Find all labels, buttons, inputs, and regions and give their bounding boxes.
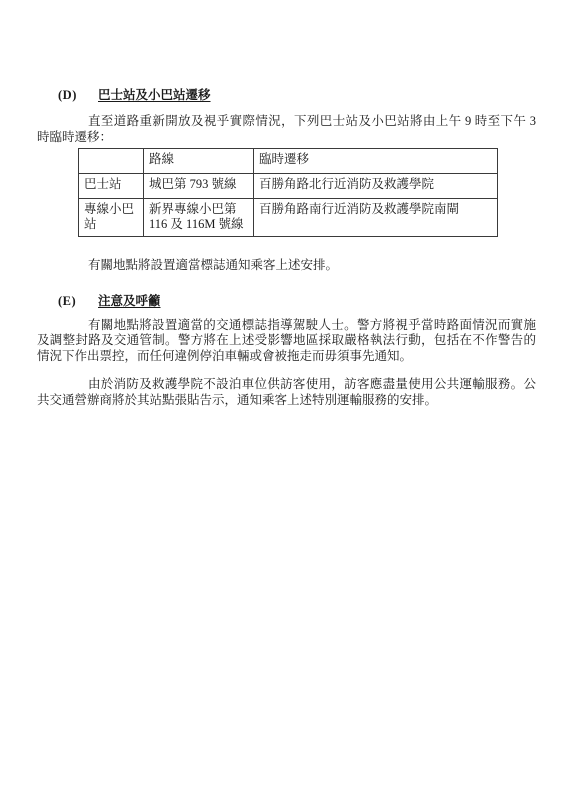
table-row-minibus-stand: 專線小巴站 新界專線小巴第 116 及 116M 號線 百勝角路南行近消防及救護… bbox=[79, 199, 498, 237]
section-e-heading: (E) 注意及呼籲 bbox=[58, 294, 536, 309]
table-row-bus-stop: 巴士站 城巴第 793 號線 百勝角路北行近消防及救護學院 bbox=[79, 174, 498, 199]
section-e-title: 注意及呼籲 bbox=[98, 294, 161, 309]
section-d: (D) 巴士站及小巴站遷移 直至道路重新開放及視乎實際情況，下列巴士站及小巴站將… bbox=[37, 88, 536, 274]
section-d-title: 巴士站及小巴站遷移 bbox=[98, 88, 211, 103]
section-d-note-paragraph: 有關地點將設置適當標誌通知乘客上述安排。 bbox=[37, 258, 536, 274]
section-d-heading: (D) 巴士站及小巴站遷移 bbox=[58, 88, 536, 103]
cell-category: 專線小巴站 bbox=[79, 199, 144, 237]
cell-relocation: 百勝角路南行近消防及救護學院南閘 bbox=[254, 199, 498, 237]
document-page: (D) 巴士站及小巴站遷移 直至道路重新開放及視乎實際情況，下列巴士站及小巴站將… bbox=[0, 0, 566, 800]
table-header-row: 路線 臨時遷移 bbox=[79, 149, 498, 174]
cell-route: 城巴第 793 號線 bbox=[144, 174, 254, 199]
section-e-paragraph-1: 有關地點將設置適當的交通標誌指導駕駛人士。警方將視乎當時路面情況而實施及調整封路… bbox=[37, 318, 536, 365]
section-e: (E) 注意及呼籲 有關地點將設置適當的交通標誌指導駕駛人士。警方將視乎當時路面… bbox=[37, 294, 536, 409]
cell-relocation: 百勝角路北行近消防及救護學院 bbox=[254, 174, 498, 199]
section-e-label: (E) bbox=[58, 294, 98, 309]
section-e-paragraph-2: 由於消防及救護學院不設泊車位供訪客使用，訪客應盡量使用公共運輸服務。公共交通營辦… bbox=[37, 377, 536, 408]
section-d-label: (D) bbox=[58, 88, 98, 103]
cell-category: 巴士站 bbox=[79, 174, 144, 199]
cell-route: 新界專線小巴第 116 及 116M 號線 bbox=[144, 199, 254, 237]
header-cell-empty bbox=[79, 149, 144, 174]
section-d-intro-paragraph: 直至道路重新開放及視乎實際情況，下列巴士站及小巴站將由上午 9 時至下午 3 時… bbox=[37, 114, 536, 145]
header-cell-route: 路線 bbox=[144, 149, 254, 174]
header-cell-relocation: 臨時遷移 bbox=[254, 149, 498, 174]
bus-minibus-relocation-table: 路線 臨時遷移 巴士站 城巴第 793 號線 百勝角路北行近消防及救護學院 專線… bbox=[78, 148, 498, 237]
